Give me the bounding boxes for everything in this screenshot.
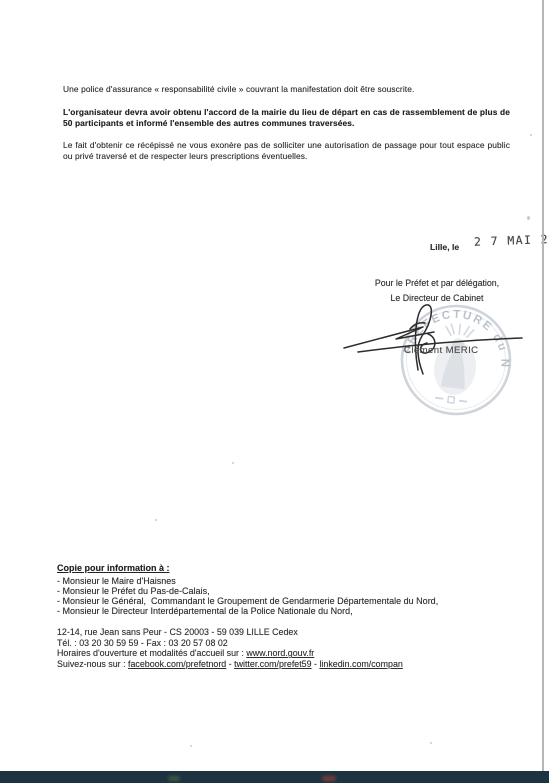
footer-facebook-link: facebook.com/prefetnord	[128, 659, 226, 669]
copy-info-section: Copie pour information à : - Monsieur le…	[57, 563, 497, 617]
scan-speck	[530, 134, 532, 136]
footer-website-link: www.nord.gouv.fr	[246, 648, 314, 658]
taskbar-icon-blur	[168, 776, 180, 781]
page-edge-line	[542, 0, 544, 772]
scan-speck	[232, 462, 234, 464]
copy-info-item: - Monsieur le Maire d'Haisnes	[57, 576, 497, 586]
footer-hours-prefix: Horaires d'ouverture et modalités d'accu…	[57, 648, 246, 658]
paragraph-organizer-obligation: L'organisateur devra avoir obtenu l'acco…	[63, 107, 510, 130]
scan-speck	[527, 216, 530, 220]
scan-speck	[190, 745, 192, 747]
footer-social-separator: -	[226, 659, 234, 669]
footer-twitter-link: twitter.com/prefet59	[234, 659, 311, 669]
footer-phone-fax: Tél. : 03 20 30 59 59 - Fax : 03 20 57 0…	[57, 638, 497, 649]
handwritten-signature	[330, 296, 530, 388]
dateline-place-label: Lille, le	[430, 242, 459, 252]
footer-hours-line: Horaires d'ouverture et modalités d'accu…	[57, 648, 497, 659]
scanned-letter-page: Une police d'assurance « responsabilité …	[0, 0, 549, 783]
scan-speck	[155, 519, 157, 521]
scan-speck	[430, 742, 432, 744]
signature-strokes	[330, 296, 530, 388]
footer-linkedin-link: linkedin.com/compan	[319, 659, 402, 669]
paragraph-recepisse-notice: Le fait d'obtenir ce récépissé ne vous e…	[63, 140, 510, 163]
footer-address: 12-14, rue Jean sans Peur - CS 20003 - 5…	[57, 627, 497, 638]
copy-info-item: - Monsieur le Directeur Interdépartement…	[57, 606, 497, 616]
footer-social-line: Suivez-nous sur : facebook.com/prefetnor…	[57, 659, 497, 670]
letter-footer: 12-14, rue Jean sans Peur - CS 20003 - 5…	[57, 627, 497, 669]
taskbar-strip	[0, 771, 549, 783]
delegation-line: Pour le Préfet et par délégation,	[348, 276, 526, 291]
copy-info-item: - Monsieur le Préfet du Pas-de-Calais,	[57, 586, 497, 596]
date-stamp: 2 7 MAI 2025	[474, 231, 549, 248]
signer-name: Clément MERIC	[404, 345, 479, 356]
copy-info-item: - Monsieur le Général, Commandant le Gro…	[57, 596, 497, 606]
footer-social-prefix: Suivez-nous sur :	[57, 659, 128, 669]
paragraph-insurance: Une police d'assurance « responsabilité …	[63, 84, 510, 95]
copy-info-heading: Copie pour information à :	[57, 563, 497, 573]
taskbar-icon-blur	[322, 776, 336, 781]
